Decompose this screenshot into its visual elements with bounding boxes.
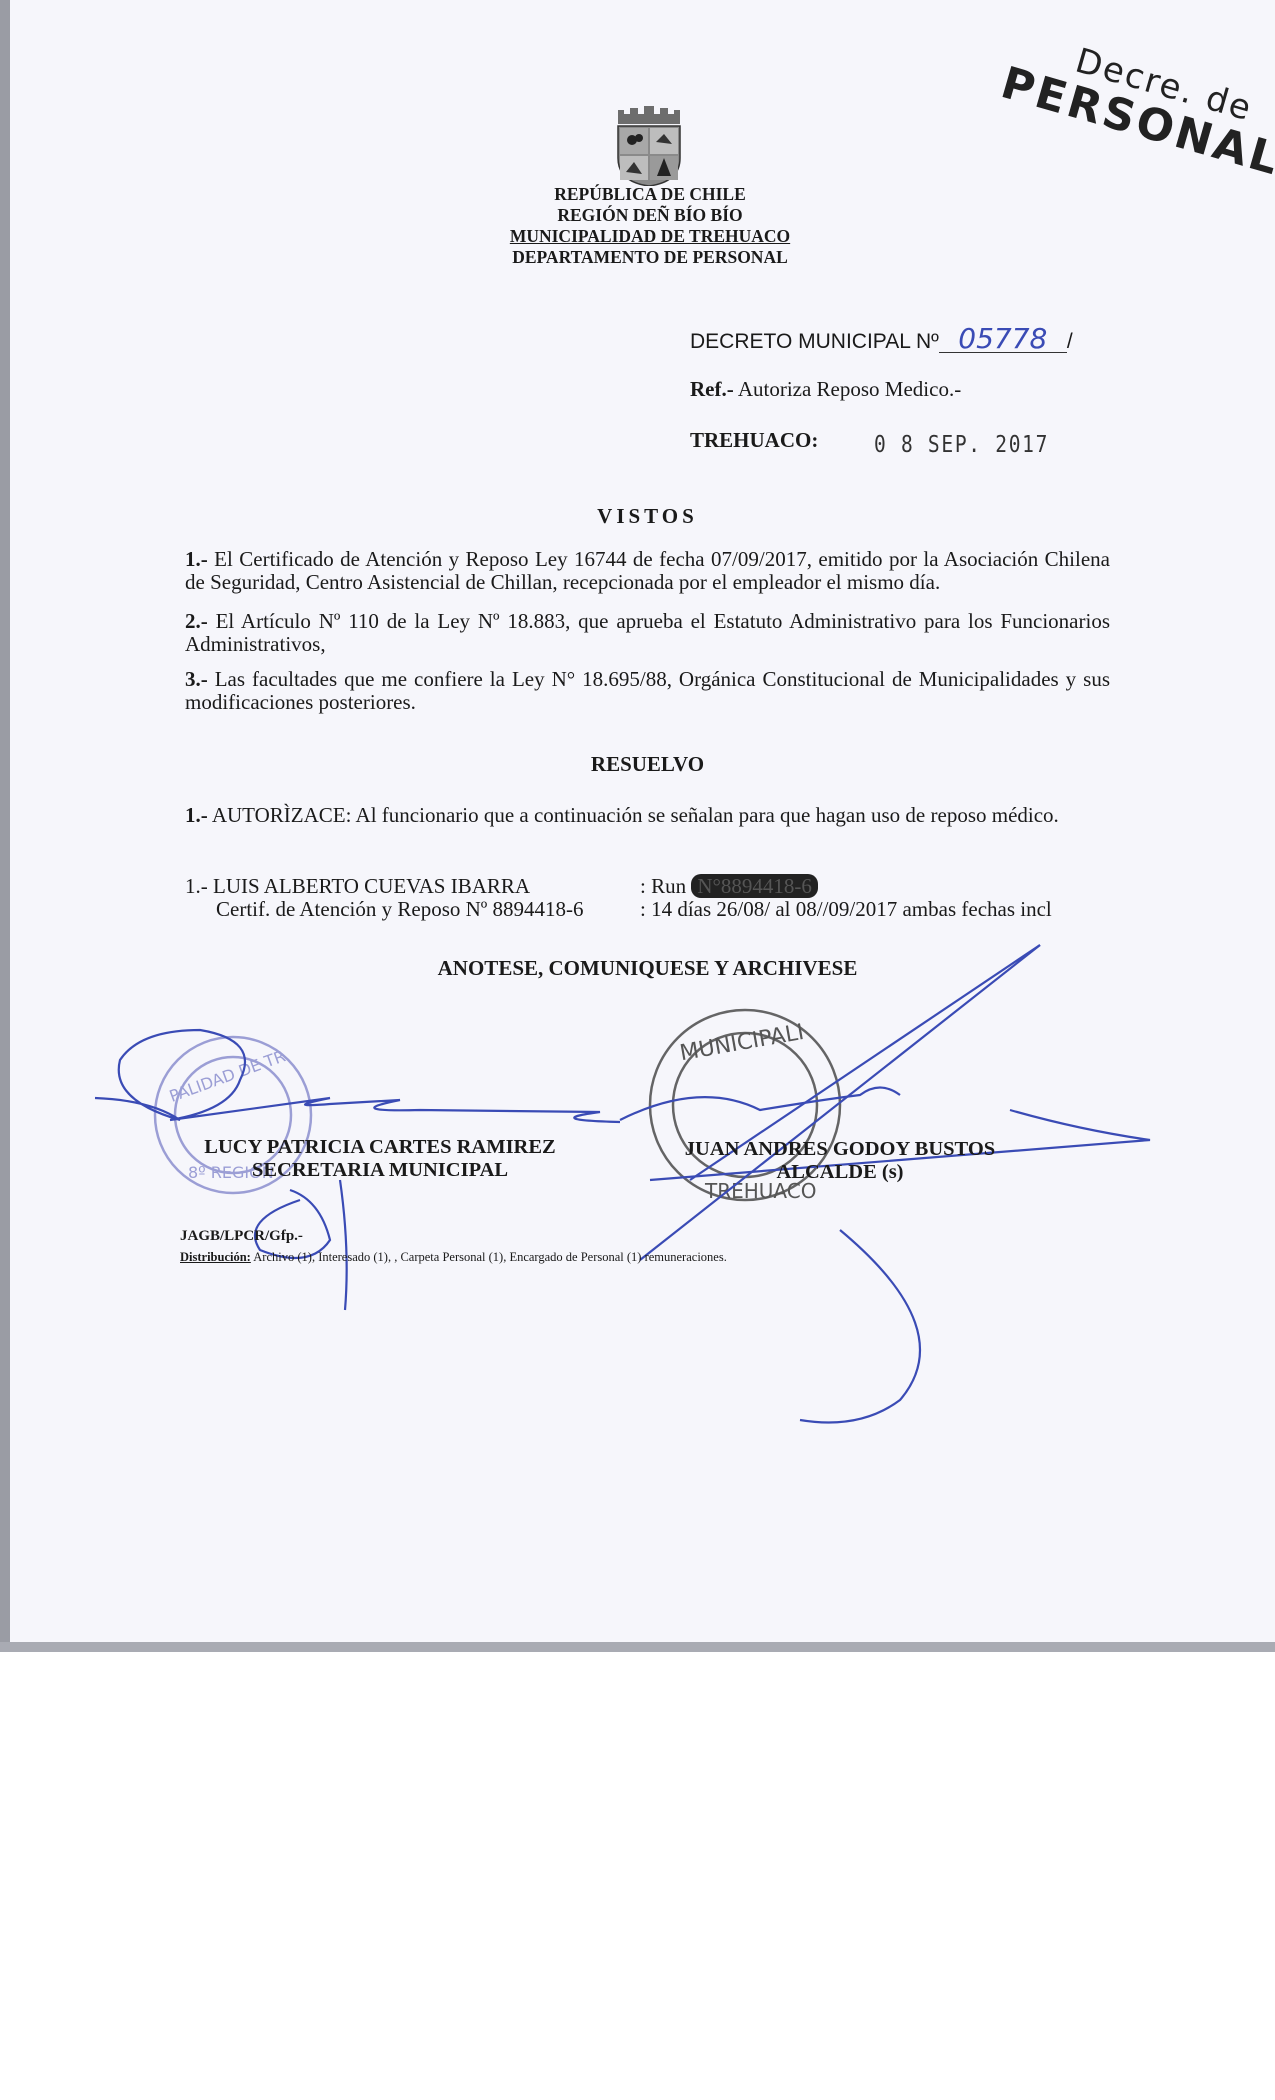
decree-number: 05778 — [939, 326, 1067, 353]
coat-of-arms-icon — [612, 106, 686, 186]
resuelvo-title: RESUELVO — [185, 752, 1110, 777]
distribution-list: Distribución: Archivo (1), Interesado (1… — [180, 1250, 727, 1265]
mayor-signatory: JUAN ANDRES GODOY BUSTOS ALCALDE (s) — [640, 1138, 1040, 1184]
signatory-name: JUAN ANDRES GODOY BUSTOS — [640, 1138, 1040, 1161]
drafter-initials: JAGB/LPCR/Gfp.- — [180, 1228, 303, 1245]
letterhead-line: REPÚBLICA DE CHILE — [420, 184, 880, 205]
vistos-item: 3.- Las facultades que me confiere la Le… — [185, 668, 1110, 714]
secretary-signatory: LUCY PATRICIA CARTES RAMIREZ SECRETARIA … — [170, 1136, 590, 1182]
rest-period: : 14 días 26/08/ al 08//09/2017 ambas fe… — [640, 898, 1052, 921]
letterhead: REPÚBLICA DE CHILE REGIÓN DEÑ BÍO BÍO MU… — [420, 184, 880, 268]
signatory-name: LUCY PATRICIA CARTES RAMIREZ — [170, 1136, 590, 1159]
letterhead-line: MUNICIPALIDAD DE TREHUACO — [420, 226, 880, 247]
employee-name: 1.- LUIS ALBERTO CUEVAS IBARRA — [185, 875, 530, 898]
vistos-item: 2.- El Artículo Nº 110 de la Ley Nº 18.8… — [185, 610, 1110, 656]
letterhead-line: REGIÓN DEÑ BÍO BÍO — [420, 205, 880, 226]
decree-number-line: DECRETO MUNICIPAL Nº05778/ — [690, 326, 1073, 354]
decree-reference: Ref.- Autoriza Reposo Medico.- — [690, 377, 961, 402]
place-label: TREHUACO: — [690, 428, 818, 453]
scan-bottom-edge — [0, 1642, 1275, 1652]
resuelvo-item: 1.- AUTORÌZACE: Al funcionario que a con… — [185, 804, 1110, 827]
vistos-item: 1.- El Certificado de Atención y Reposo … — [185, 548, 1110, 594]
vistos-title: VISTOS — [185, 504, 1110, 529]
certificate-line: Certif. de Atención y Reposo Nº 8894418-… — [216, 898, 584, 921]
date-stamp: 0 8 SEP. 2017 — [874, 432, 1049, 458]
signatory-title: SECRETARIA MUNICIPAL — [170, 1159, 590, 1182]
employee-run: : Run N°8894418-6 — [640, 875, 818, 898]
redacted-run: N°8894418-6 — [691, 874, 818, 898]
letterhead-line: DEPARTAMENTO DE PERSONAL — [420, 247, 880, 268]
signatory-title: ALCALDE (s) — [640, 1161, 1040, 1184]
closing-formula: ANOTESE, COMUNIQUESE Y ARCHIVESE — [185, 956, 1110, 981]
